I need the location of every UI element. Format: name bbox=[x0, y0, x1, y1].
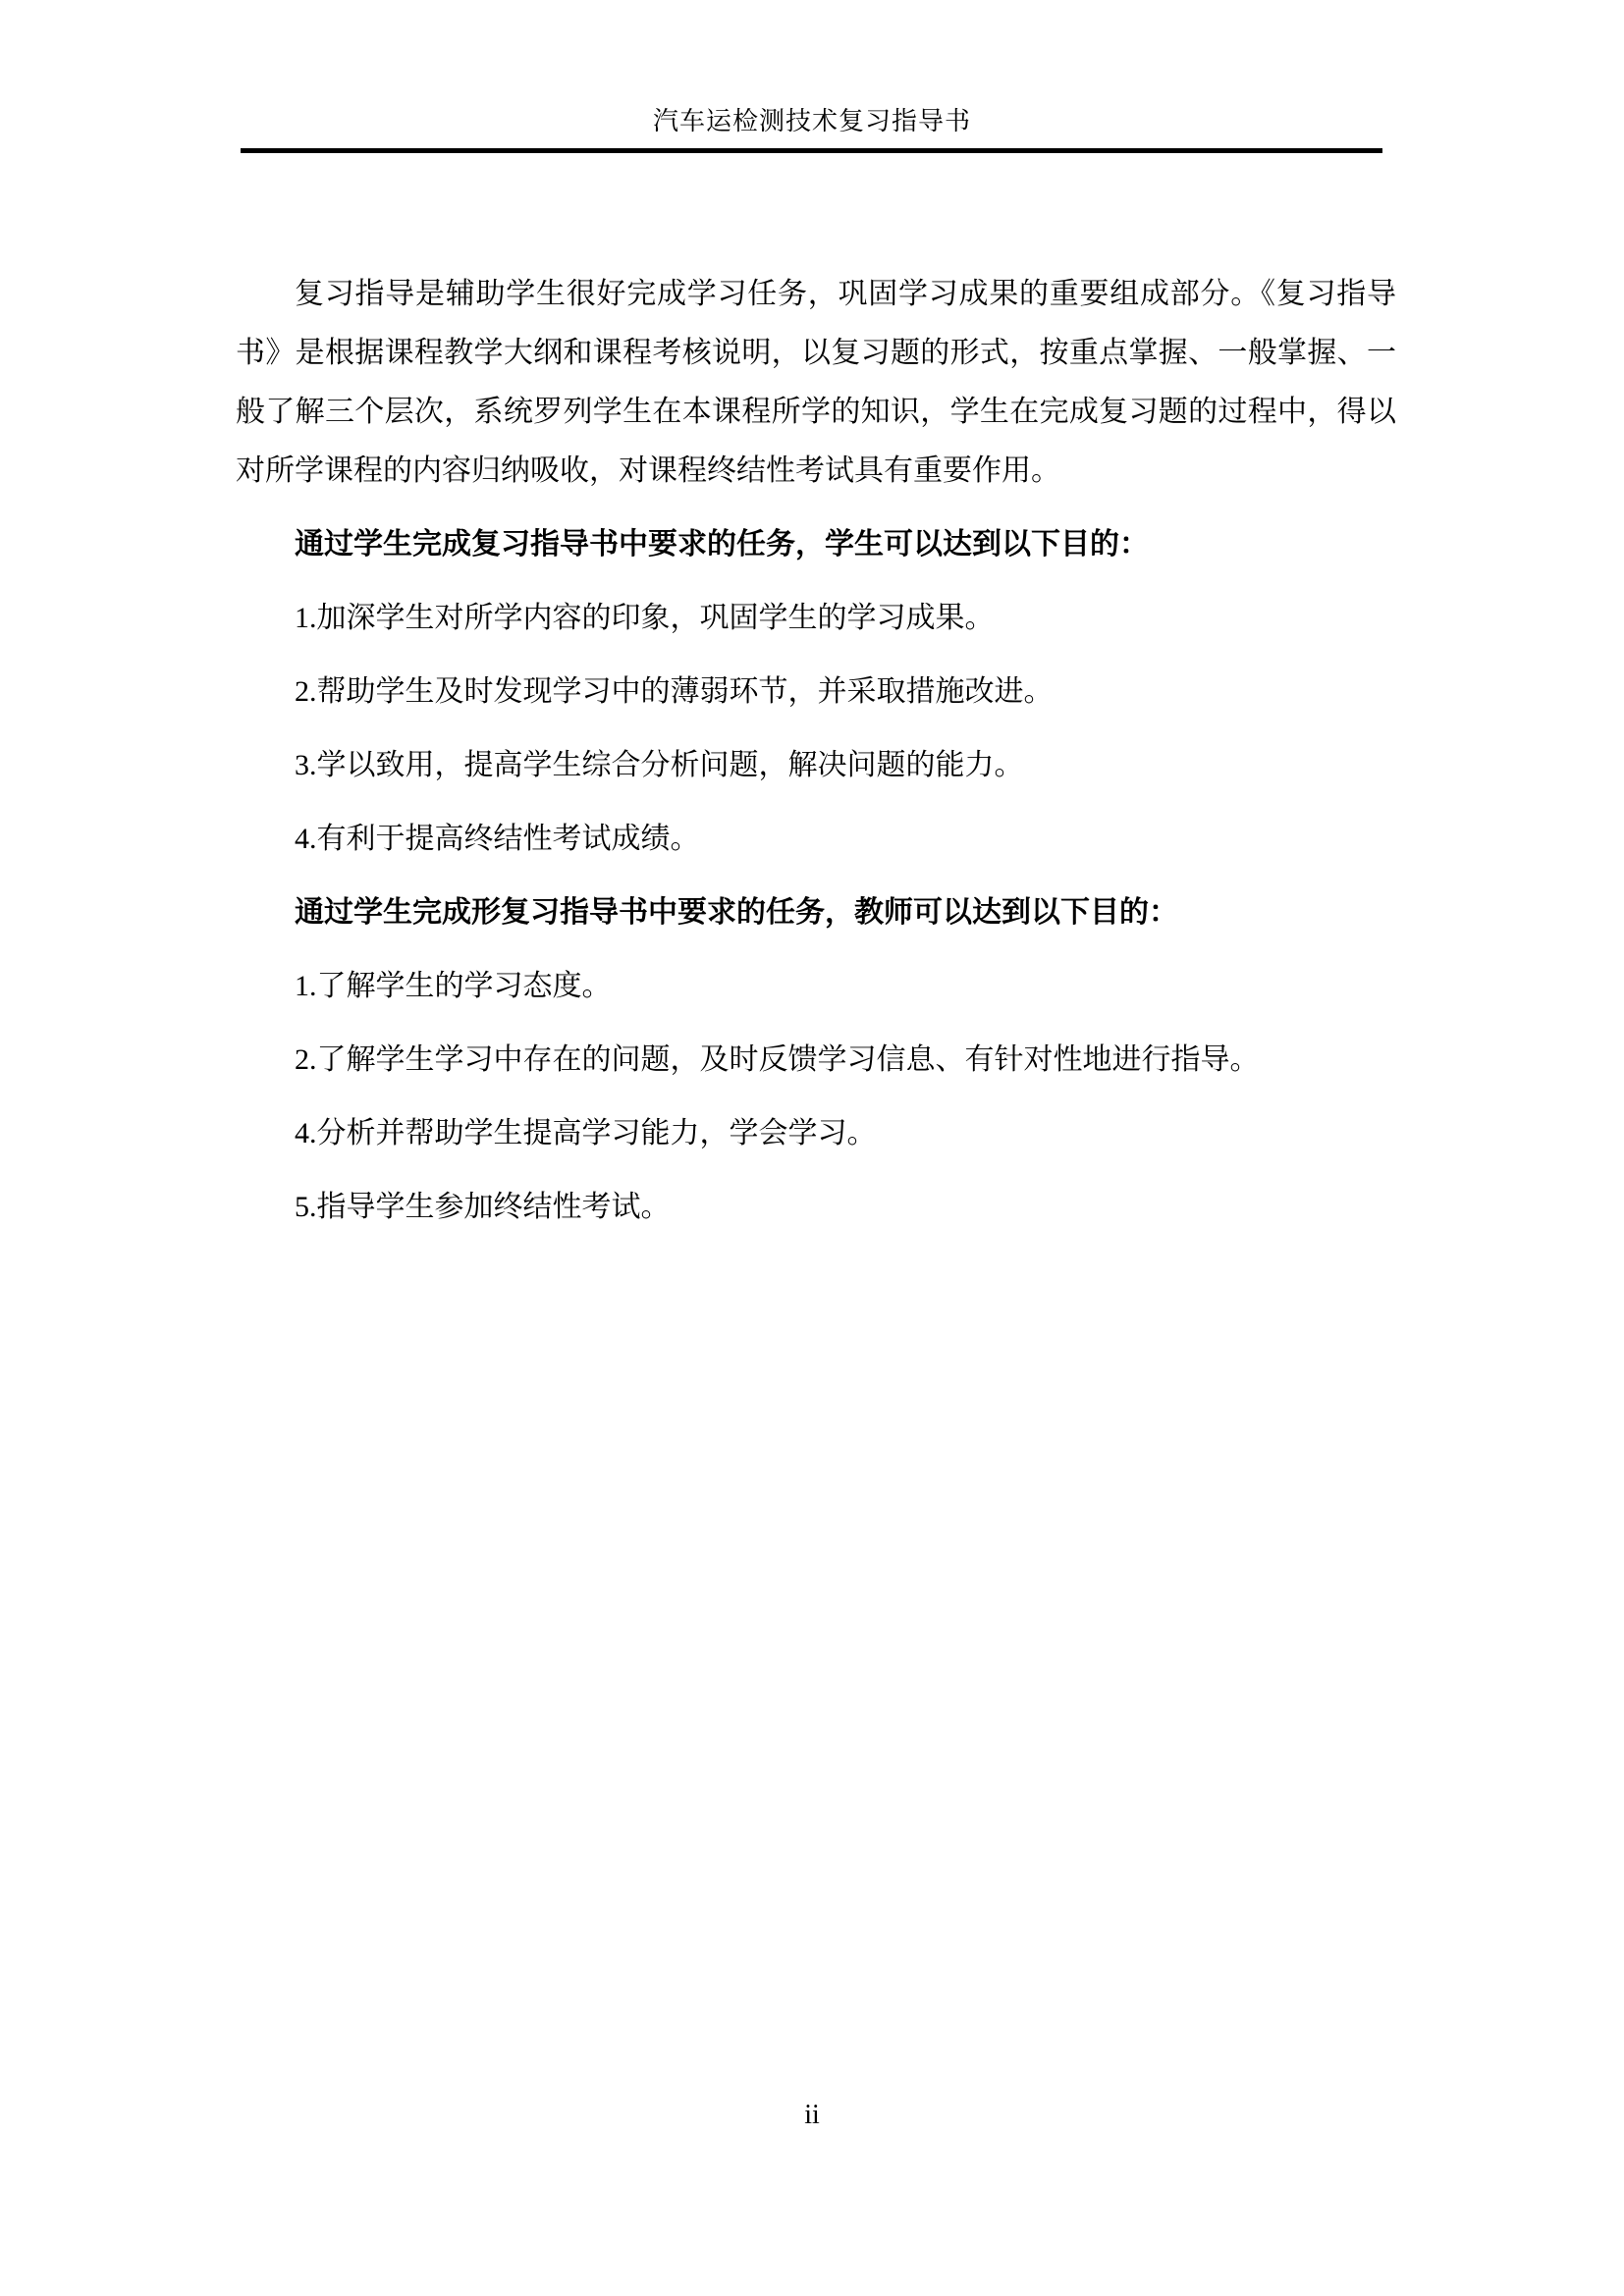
section1-list-item-1: 1.加深学生对所学内容的印象，巩固学生的学习成果。 bbox=[236, 589, 1396, 648]
intro-paragraph: 复习指导是辅助学生很好完成学习任务，巩固学习成果的重要组成部分。《复习指导书》是… bbox=[236, 265, 1396, 501]
section2-list-item-2: 2.了解学生学习中存在的问题，及时反馈学习信息、有针对性地进行指导。 bbox=[236, 1031, 1396, 1090]
page-number: ii bbox=[0, 2096, 1624, 2135]
section2-list-item-1: 1.了解学生的学习态度。 bbox=[236, 957, 1396, 1016]
section2-heading: 通过学生完成形复习指导书中要求的任务，教师可以达到以下目的： bbox=[236, 883, 1396, 942]
header-rule-divider bbox=[241, 148, 1382, 153]
section1-heading: 通过学生完成复习指导书中要求的任务，学生可以达到以下目的： bbox=[236, 515, 1396, 574]
section2-list-item-4: 4.分析并帮助学生提高学习能力，学会学习。 bbox=[236, 1104, 1396, 1163]
document-page: 汽车运检测技术复习指导书 复习指导是辅助学生很好完成学习任务，巩固学习成果的重要… bbox=[0, 0, 1624, 2296]
section1-list-item-4: 4.有利于提高终结性考试成绩。 bbox=[236, 810, 1396, 869]
section1-list-item-2: 2.帮助学生及时发现学习中的薄弱环节，并采取措施改进。 bbox=[236, 663, 1396, 721]
section2-list-item-5: 5.指导学生参加终结性考试。 bbox=[236, 1178, 1396, 1237]
section1-list-item-3: 3.学以致用，提高学生综合分析问题，解决问题的能力。 bbox=[236, 736, 1396, 795]
document-body: 复习指导是辅助学生很好完成学习任务，巩固学习成果的重要组成部分。《复习指导书》是… bbox=[236, 265, 1396, 1237]
page-header-title: 汽车运检测技术复习指导书 bbox=[0, 104, 1624, 139]
